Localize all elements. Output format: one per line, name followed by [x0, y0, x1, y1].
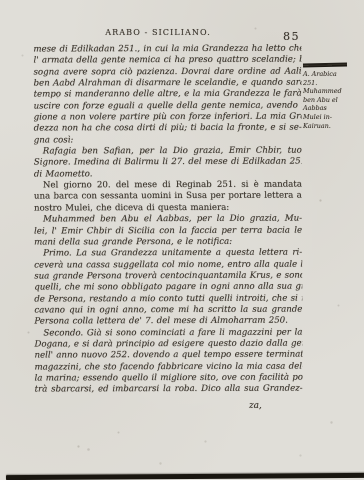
text-line: nostro Mulei, che diceva di questa manie… [34, 202, 302, 214]
text-line: di Maometto. [34, 168, 302, 180]
text-line: quelli, che mi sono obbligato pagare in … [34, 282, 302, 294]
text-line: de Persona, restando a mio conto tutti q… [34, 293, 302, 305]
text-line: Persona colla lettera de' 7. del mese di… [34, 316, 302, 328]
margin-note-line: Kairuan. [303, 122, 361, 131]
text-line: Rafagia ben Safian, per la Dio grazia, E… [34, 146, 302, 158]
text-line: l' armata della gente nemica ci ha preso… [33, 55, 301, 67]
running-title: ARABO - SICILIANO. [33, 28, 283, 37]
text-line: Dogana, e si darà principio ad esigere q… [34, 338, 302, 350]
text-line: la marina; essendo quello il migliore si… [35, 373, 303, 385]
text-line: Nel giorno 20. del mese di Reginab 251. … [34, 180, 302, 192]
page-number: 85 [283, 30, 300, 43]
text-line: Muhammed ben Abu el Aabbas, per la Dio g… [34, 214, 302, 226]
paragraph: Primo. La sua Grandezza unitamente a que… [34, 248, 302, 328]
margin-note-line: Muhammed [303, 87, 361, 96]
text-line: mese di Edilkadan 251., in cui la mia Gr… [33, 44, 301, 56]
paragraph: Muhammed ben Abu el Aabbas, per la Dio g… [34, 214, 302, 249]
text-line: sogna avere sopra ciò pazienza. Dovrai d… [33, 66, 301, 78]
paragraph: mese di Edilkadan 251., in cui la mia Gr… [33, 44, 301, 147]
scan-edge-shadow [6, 473, 364, 480]
paragraph: Nel giorno 20. del mese di Reginab 251. … [34, 180, 302, 215]
margin-note-line: Aabbas [303, 104, 361, 113]
paragraph: Secondo. Già si sono cominciati a fare l… [34, 327, 302, 396]
text-line: ben Aabd Alrahman di disarmare le scelan… [34, 78, 302, 90]
text-line: nell' anno nuovo 252. dovendo a quel tem… [34, 350, 302, 362]
text-block: mese di Edilkadan 251., in cui la mia Gr… [33, 44, 302, 397]
margin-note-lines: A. Arabica251.Muhammedben Abu elAabbasMu… [303, 70, 361, 130]
catchword: za, [249, 401, 262, 411]
text-line: mani della sua grande Persona, e le noti… [34, 236, 302, 248]
text-line: Secondo. Già si sono cominciati a fare l… [34, 327, 302, 339]
scanned-book-page: ARABO - SICILIANO. 85 mese di Edilkadan … [0, 0, 364, 480]
text-line: trà sbarcarsi, ed imbarcarsi la roba. Di… [35, 384, 303, 396]
paragraph: Rafagia ben Safian, per la Dio grazia, E… [34, 146, 302, 181]
text-line: Primo. La sua Grandezza unitamente a que… [34, 248, 302, 260]
margin-note-line: 251. [303, 79, 361, 88]
text-line: lei, l' Emir Chbir di Sicilia con la fac… [34, 225, 302, 237]
text-line: uscire con forze eguali a quelle della g… [34, 100, 302, 112]
margin-note-line: A. Arabica [303, 70, 361, 79]
text-line: cavano qui in ogni anno, come mi ha scri… [34, 304, 302, 316]
text-line: una barca con sessanta uomini in Susa pe… [34, 191, 302, 203]
text-line: tempo si manderanno delle altre, e la mi… [34, 89, 302, 101]
text-line: magazzini, che sto facendo fabbricare vi… [34, 361, 302, 373]
margin-note-line: Mulei in- [303, 113, 361, 122]
margin-rule [303, 63, 347, 68]
text-line: sua grande Persona troverà centocinquant… [34, 270, 302, 282]
paper-speckles [0, 0, 1, 1]
text-line: dezza non ha che cosa dirti di più; ti b… [34, 123, 302, 135]
text-line: Signore. Imedina di Balirmu li 27. del m… [34, 157, 302, 169]
margin-note: A. Arabica251.Muhammedben Abu elAabbasMu… [303, 63, 361, 130]
text-line: gione a non volere partire più con forze… [34, 112, 302, 124]
text-line: ceverà una cassa suggellata col mio nome… [34, 259, 302, 271]
text-line: gna così: [34, 134, 302, 146]
